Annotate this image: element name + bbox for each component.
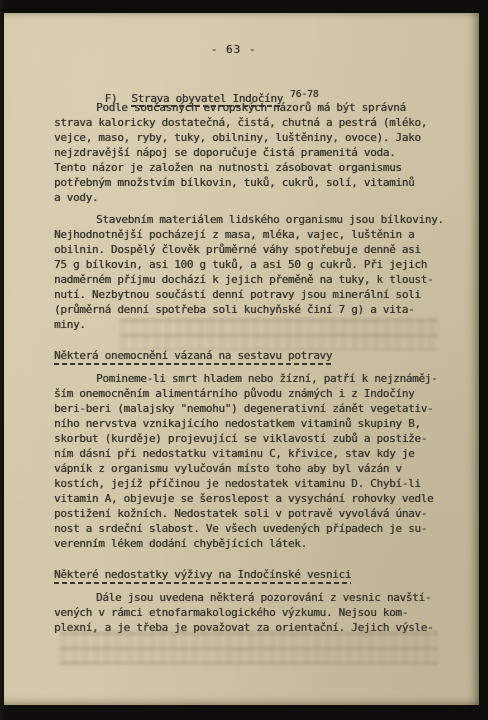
text-line: plexní, a je třeba je považovat za orien…: [54, 620, 441, 635]
page-number: - 63 -: [54, 43, 413, 56]
page-content: - 63 - F)Strava obyvatel Indočíny76-78 P…: [4, 13, 479, 635]
text-line: ním dásní při nedostatku vitaminu C, kři…: [54, 446, 441, 461]
text-line: potřebným množstvím bílkovin, tuků, cukr…: [54, 175, 441, 190]
text-line: strava kaloricky dostatečná, čistá, chut…: [54, 115, 441, 130]
paragraph: Stavebním materiálem lidského organismu …: [54, 212, 441, 332]
text-line: beri-beri (malajsky "nemohu") degenerati…: [54, 401, 441, 416]
section-heading: Některá onemocnění vázaná na sestavu pot…: [54, 348, 441, 363]
text-line: nadměrném příjmu dochází k jejich přeměn…: [54, 272, 441, 287]
text-line: kostích, jejíž příčinou je nedostatek vi…: [54, 476, 441, 491]
scan-frame: - 63 - F)Strava obyvatel Indočíny76-78 P…: [0, 0, 488, 720]
text-line: verenním lékem dodání chybějících látek.: [54, 536, 441, 551]
text-line: ního nervstva vznikajícího nedostatkem v…: [54, 416, 441, 431]
document-page: - 63 - F)Strava obyvatel Indočíny76-78 P…: [4, 13, 479, 705]
text-line: vápník z organismu vylučován místo toho …: [54, 461, 441, 476]
text-line: Nejhodnotnější pocházejí z masa, mléka, …: [54, 227, 441, 242]
text-line: Tento názor je založen na nutnosti zásob…: [54, 160, 441, 175]
chapter-title: F)Strava obyvatel Indočíny76-78: [54, 76, 441, 91]
text-line: vených v rámci etnofarmakologického výzk…: [54, 605, 441, 620]
section-heading-text: Některá onemocnění vázaná na sestavu pot…: [54, 349, 332, 365]
text-line: vejce, maso, ryby, tuky, obilniny, luště…: [54, 130, 441, 145]
text-line: nost a srdeční slabost. Ve všech uvedený…: [54, 521, 441, 536]
text-line: Dále jsou uvedena některá pozorování z v…: [54, 590, 441, 605]
text-line: obilnin. Dospělý člověk průměrné váhy sp…: [54, 242, 441, 257]
paragraph: Dále jsou uvedena některá pozorování z v…: [54, 590, 441, 635]
text-line: ším onemocněním alimentárního původu zná…: [54, 386, 441, 401]
text-line: vitamin A, objevuje se šeroslepost a vys…: [54, 491, 441, 506]
text-line: miny.: [54, 317, 441, 332]
text-line: Podle současných evropských názorů má bý…: [54, 100, 441, 115]
footnote-reference: 76-78: [290, 87, 319, 102]
text-line: postižení kožních. Nedostatek soli v pot…: [54, 506, 441, 521]
text-line: 75 g bílkovin, asi 100 g tuků, a asi 50 …: [54, 257, 441, 272]
section-heading-text: Některé nedostatky výživy na Indočínské …: [54, 568, 351, 584]
section-heading: Některé nedostatky výživy na Indočínské …: [54, 567, 441, 582]
text-line: Pomineme-li smrt hladem nebo žízní, patř…: [54, 371, 441, 386]
text-line: nutí. Nezbytnou součástí denní potravy j…: [54, 287, 441, 302]
text-line: skorbut (kurděje) projevující se viklavo…: [54, 431, 441, 446]
text-line: (průměrná denní spotřeba soli kuchyňské …: [54, 302, 441, 317]
document-body: Podle současných evropských názorů má bý…: [54, 100, 441, 635]
paragraph: Podle současných evropských názorů má bý…: [54, 100, 441, 205]
text-line: nejzdravější nápoj se doporučuje čistá p…: [54, 145, 441, 160]
text-line: Stavebním materiálem lidského organismu …: [54, 212, 441, 227]
ink-showthrough-bottom: [60, 631, 438, 665]
paragraph: Pomineme-li smrt hladem nebo žízní, patř…: [54, 371, 441, 551]
text-line: a vody.: [54, 190, 441, 205]
